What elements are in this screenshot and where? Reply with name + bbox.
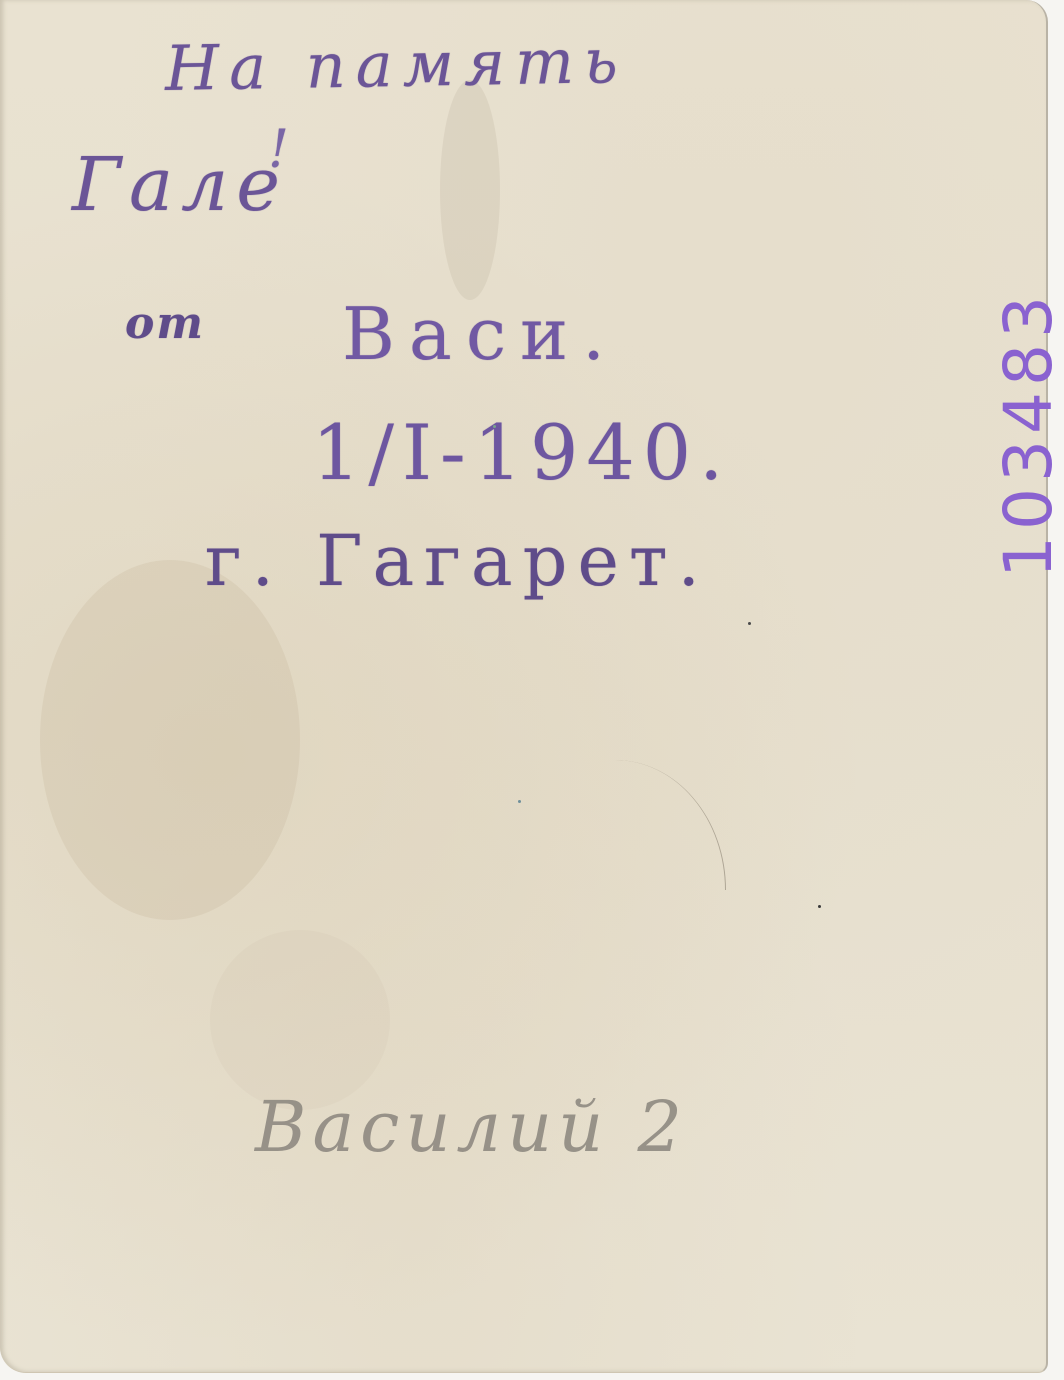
- paper-stain: [40, 560, 300, 920]
- scan-canvas: На память Гале ! от Васи. 1/I-1940. г. Г…: [0, 0, 1064, 1380]
- pencil-note: Василий 2: [255, 1086, 688, 1168]
- paper-stain: [440, 80, 500, 300]
- ink-speck: [493, 425, 496, 428]
- inscription-place: г. Гагарет.: [205, 520, 710, 602]
- ink-speck: [748, 622, 751, 625]
- inscription-line-recipient: Гале: [72, 142, 288, 228]
- inscription-exclamation: !: [268, 120, 293, 180]
- inscription-from-word: от: [125, 298, 205, 349]
- inscription-sender-name: Васи.: [342, 292, 619, 376]
- paper-stain: [210, 930, 390, 1110]
- inscription-line-na-pamyat: На память: [164, 24, 628, 105]
- inscription-date: 1/I-1940.: [312, 408, 731, 497]
- photo-card-back: На память Гале ! от Васи. 1/I-1940. г. Г…: [0, 0, 1048, 1373]
- ink-speck: [518, 800, 521, 803]
- catalog-number: 103483: [990, 290, 1064, 578]
- hair-fiber-mark: [615, 760, 726, 890]
- ink-speck: [818, 905, 821, 908]
